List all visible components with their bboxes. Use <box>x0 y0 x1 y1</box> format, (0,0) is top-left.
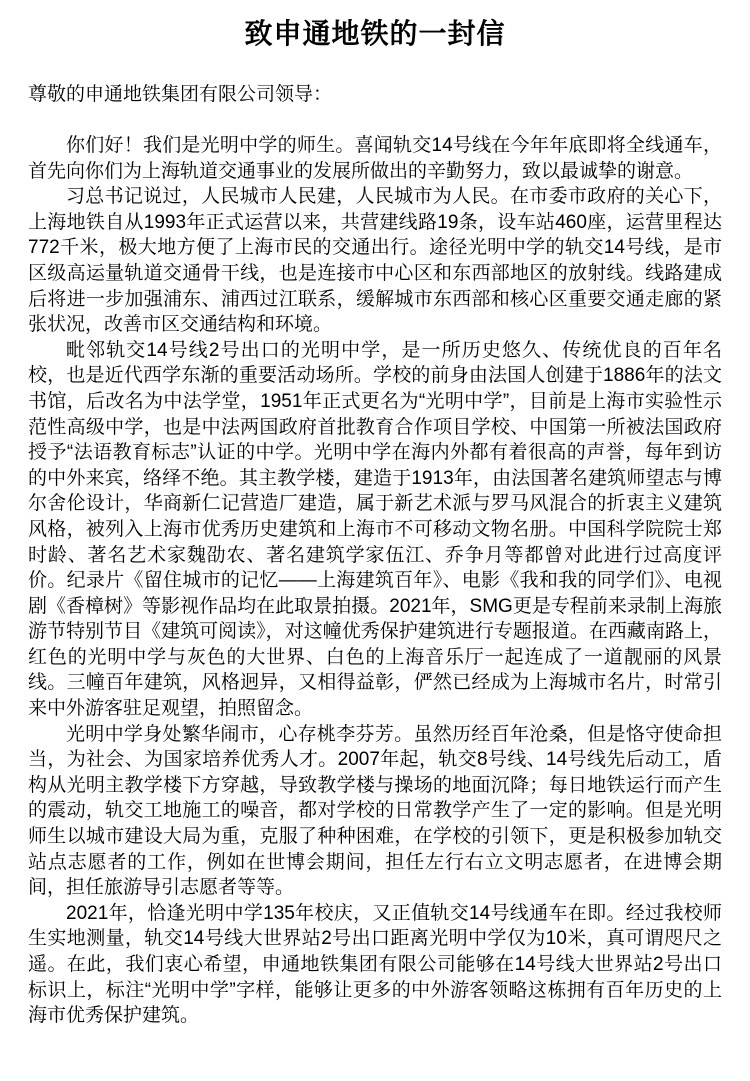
letter-paragraph-request: 2021年，恰逢光明中学135年校庆，又正值轨交14号线通车在即。经过我校师生实… <box>28 901 722 1029</box>
letter-salutation: 尊敬的申通地铁集团有限公司领导： <box>28 82 722 107</box>
letter-paragraph-school-history: 毗邻轨交14号线2号出口的光明中学，是一所历史悠久、传统优良的百年名校，也是近代… <box>28 338 722 722</box>
letter-paragraph-metro-history: 习总书记说过，人民城市人民建，人民城市为人民。在市委市政府的关心下，上海地铁自从… <box>28 184 722 338</box>
letter-paragraph-school-contribution: 光明中学身处繁华闹市，心存桃李芬芳。虽然历经百年沧桑，但是恪守使命担当，为社会、… <box>28 722 722 901</box>
letter-document: 致申通地铁的一封信 尊敬的申通地铁集团有限公司领导： 你们好！我们是光明中学的师… <box>0 0 750 1081</box>
letter-paragraph-greeting: 你们好！我们是光明中学的师生。喜闻轨交14号线在今年年底即将全线通车，首先向你们… <box>28 133 722 184</box>
letter-title: 致申通地铁的一封信 <box>28 16 722 52</box>
letter-body: 你们好！我们是光明中学的师生。喜闻轨交14号线在今年年底即将全线通车，首先向你们… <box>28 133 722 1029</box>
